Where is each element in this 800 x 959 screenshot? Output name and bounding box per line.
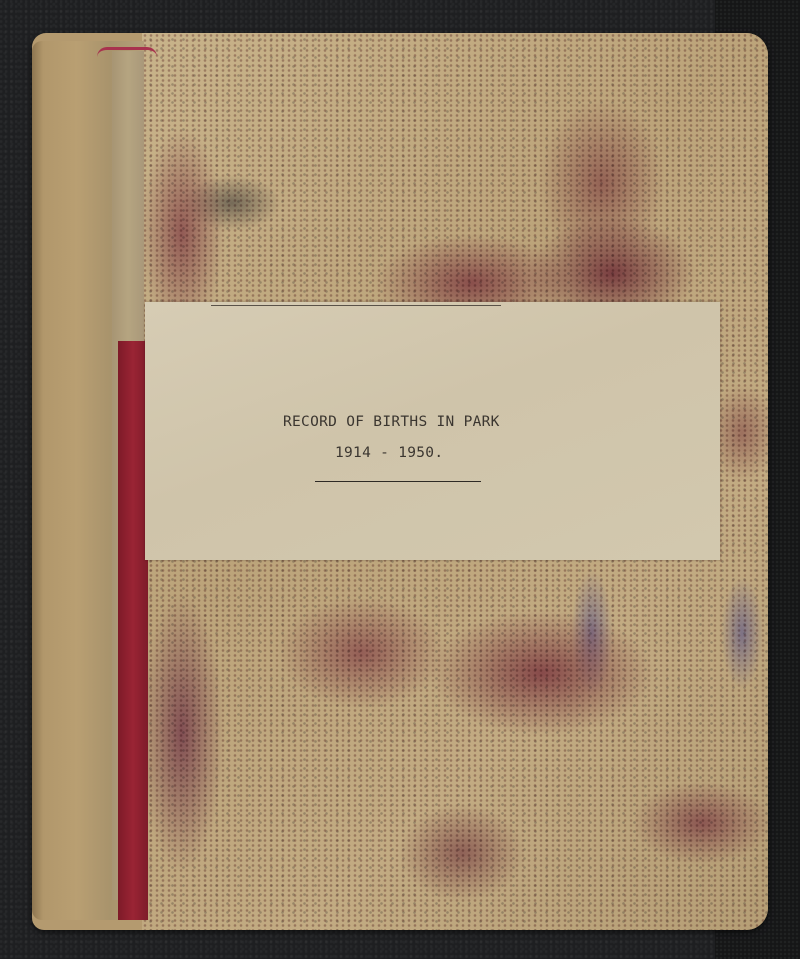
cover-label: RECORD OF BIRTHS IN PARK 1914 - 1950. <box>145 302 720 560</box>
red-cloth-binding <box>118 341 148 920</box>
label-underline <box>315 481 481 482</box>
label-years: 1914 - 1950. <box>335 445 720 461</box>
ledger-book: RECORD OF BIRTHS IN PARK 1914 - 1950. <box>32 33 768 930</box>
spine-red-edge <box>97 47 157 60</box>
label-title: RECORD OF BIRTHS IN PARK <box>283 414 720 430</box>
label-top-rule <box>211 305 501 306</box>
